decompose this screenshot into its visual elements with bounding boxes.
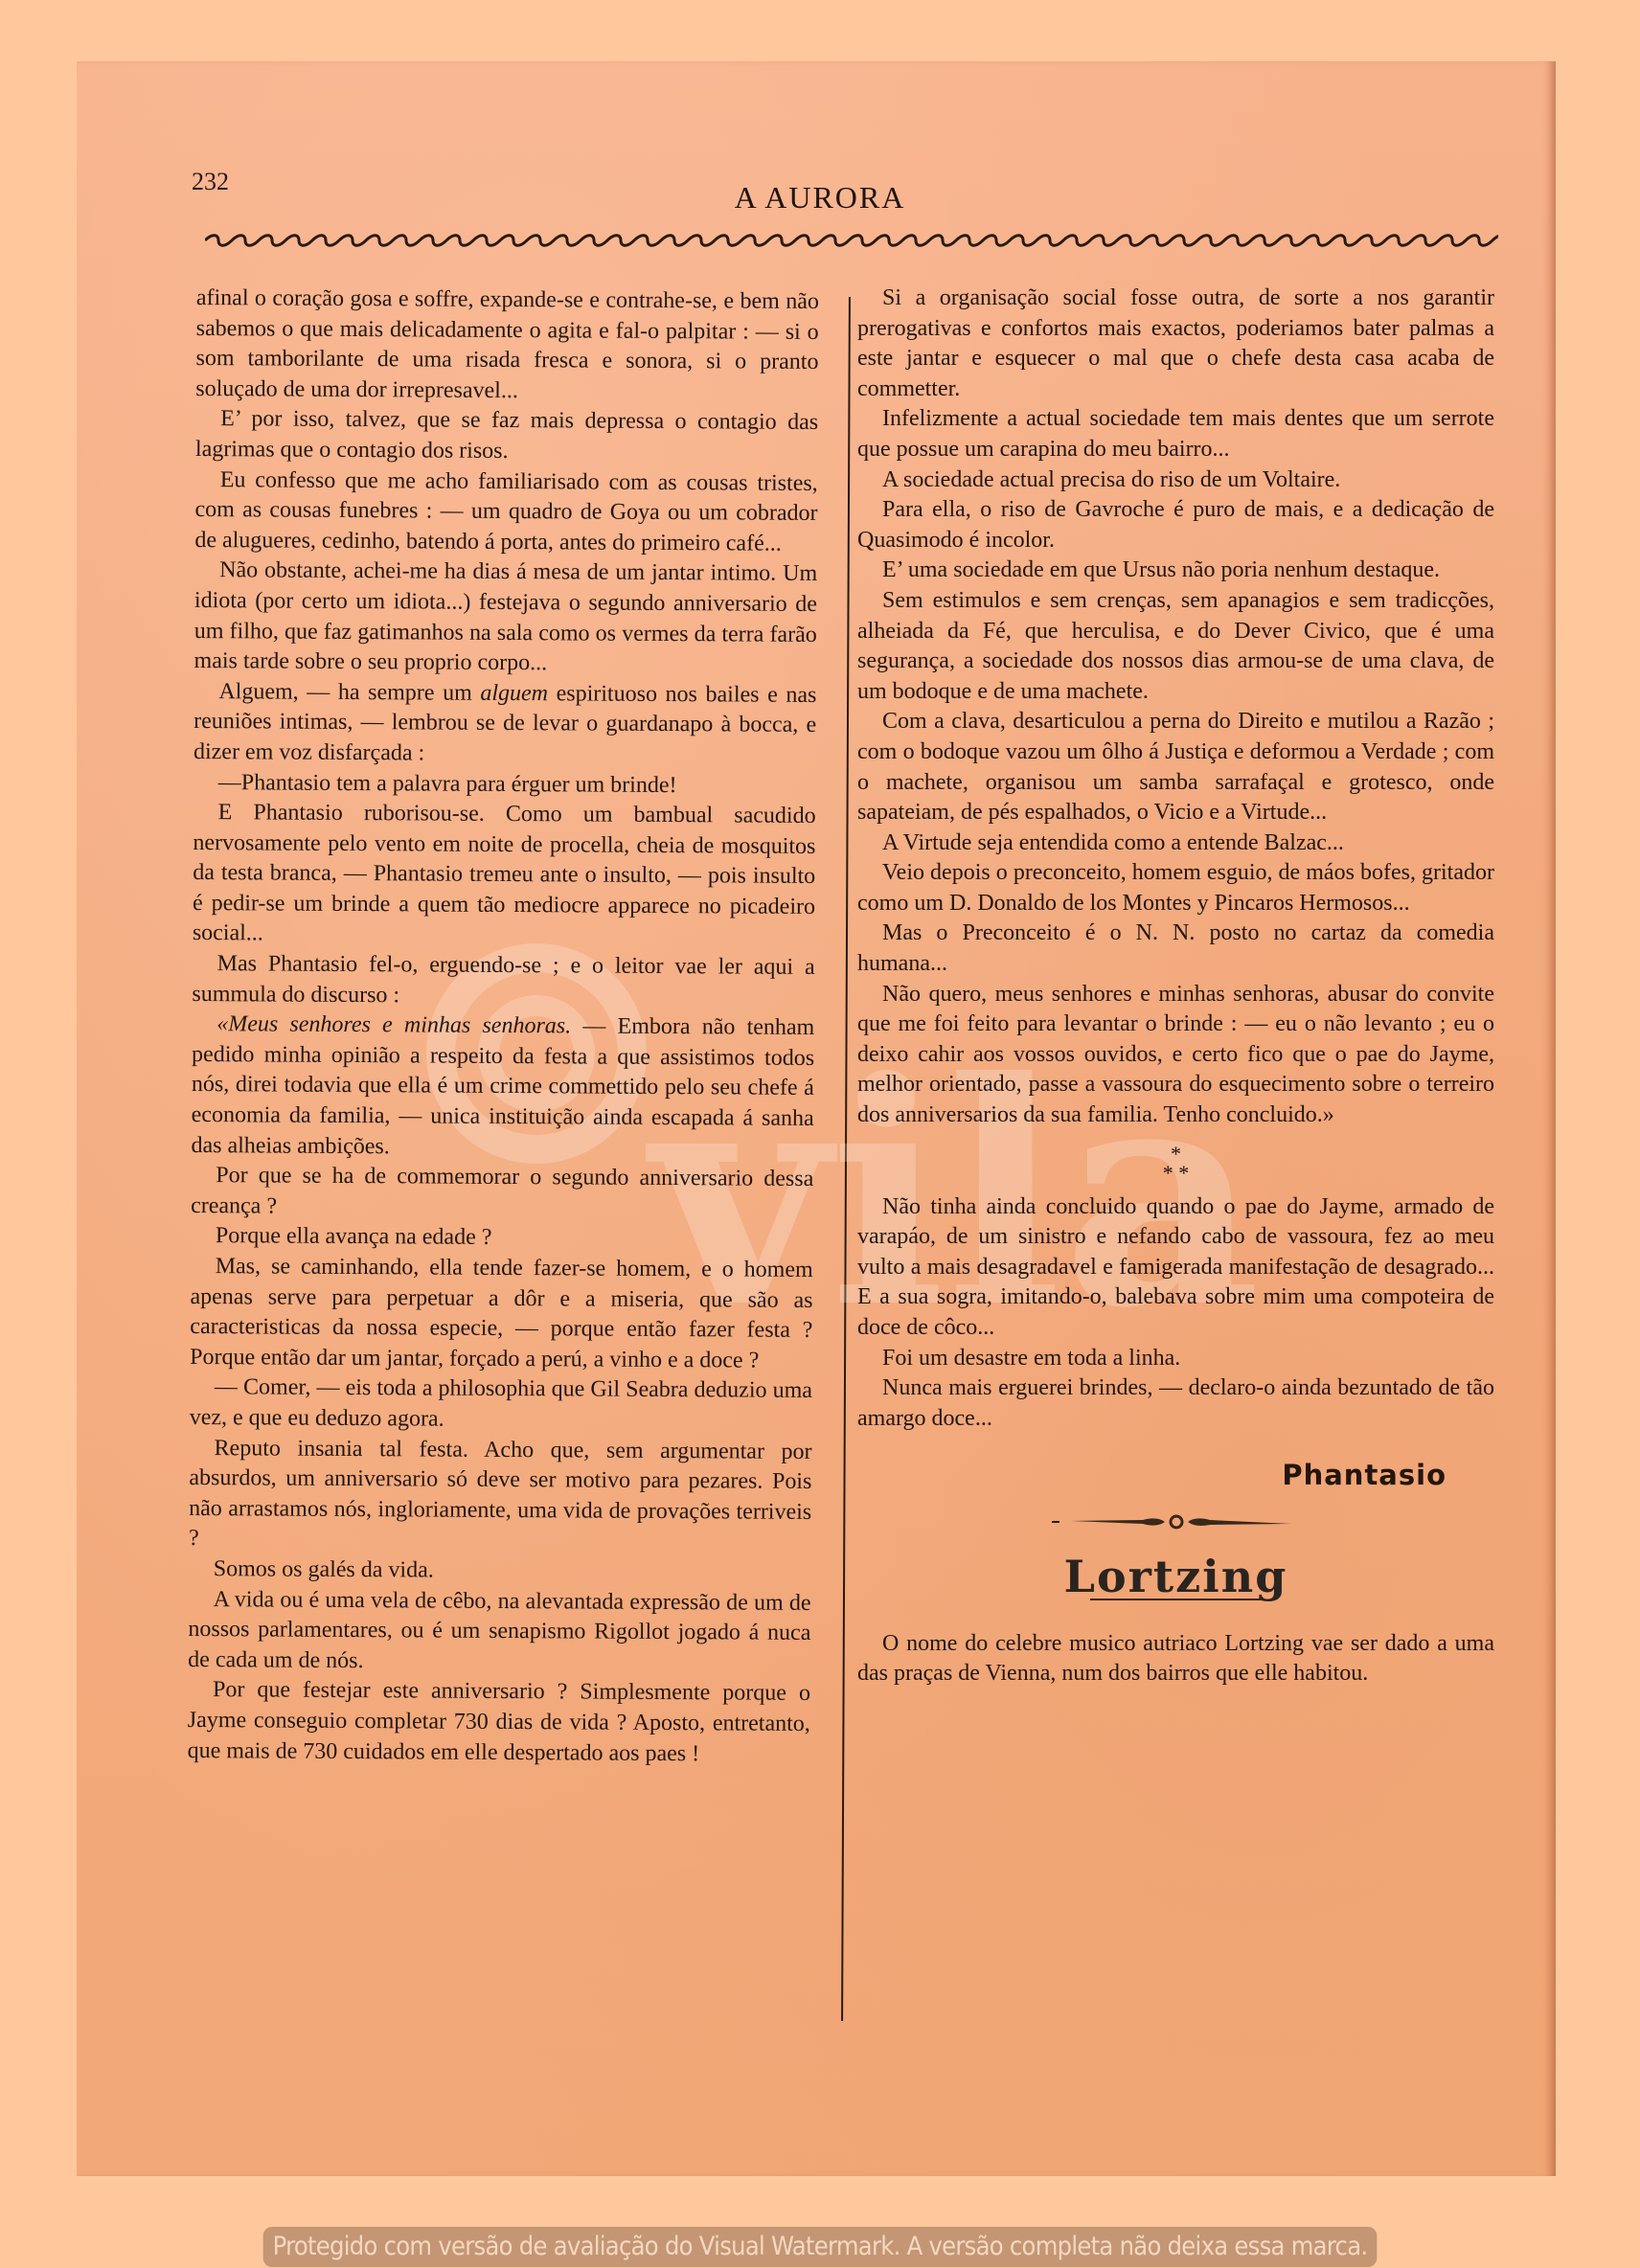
right-column: Si a organisação social fosse outra, de … bbox=[857, 283, 1494, 1690]
paragraph: Veio depois o preconceito, homem esguio,… bbox=[857, 858, 1494, 919]
trial-watermark-banner: Protegido com versão de avaliação do Vis… bbox=[263, 2227, 1378, 2267]
paragraph: Porque ella avança na edade ? bbox=[191, 1221, 813, 1256]
paragraph: A sociedade actual precisa do riso de um… bbox=[857, 465, 1494, 496]
paragraph: —Phantasio tem a palavra para érguer um … bbox=[194, 767, 816, 802]
paragraph: Mas Phantasio fel-o, erguendo-se ; e o l… bbox=[192, 949, 814, 1013]
paragraph: Somos os galés da vida. bbox=[189, 1554, 811, 1589]
paragraph: Foi um desastre em toda a linha. bbox=[857, 1344, 1494, 1374]
running-title: A AURORA bbox=[0, 180, 1640, 215]
paragraph: Alguem, — ha sempre um alguem espirituos… bbox=[194, 677, 817, 772]
paragraph: afinal o coração gosa e soffre, expande-… bbox=[195, 283, 819, 408]
paragraph: «Meus senhores e minhas senhoras. — Embo… bbox=[191, 1009, 814, 1165]
paragraph: Por que festejar este anniversario ? Sim… bbox=[188, 1675, 811, 1770]
paragraph: Nunca mais erguerei brindes, — declaro-o… bbox=[857, 1373, 1494, 1434]
paragraph: Infelizmente a actual sociedade tem mais… bbox=[857, 404, 1494, 465]
paragraph: A vida ou é uma vela de cêbo, na alevant… bbox=[188, 1585, 811, 1680]
asterism-section-break: * * * bbox=[857, 1145, 1494, 1183]
paragraph: Não obstante, achei-me ha dias á mesa de… bbox=[194, 556, 817, 680]
paragraph: Não tinha ainda concluido quando o pae d… bbox=[857, 1192, 1494, 1344]
paragraph: A Virtude seja entendida como a entende … bbox=[857, 828, 1494, 859]
paragraph: O nome do celebre musico autriaco Lortzi… bbox=[857, 1629, 1494, 1690]
author-signature: Phantasio bbox=[857, 1461, 1446, 1491]
decorative-wave-rule bbox=[205, 226, 1498, 255]
paragraph: Para ella, o riso de Gavroche é puro de … bbox=[857, 495, 1494, 556]
paragraph: Com a clava, desarticulou a perna do Dir… bbox=[857, 707, 1494, 828]
paragraph: — Comer, — eis toda a philosophia que Gi… bbox=[190, 1372, 812, 1437]
paragraph: Por que se ha de commemorar o segundo an… bbox=[191, 1161, 813, 1225]
paragraph: Mas, se caminhando, ella tende fazer-se … bbox=[190, 1252, 813, 1376]
article-title: Lortzing bbox=[857, 1562, 1494, 1593]
paragraph: E’ por isso, talvez, que se faz mais dep… bbox=[195, 404, 818, 468]
paragraph: Reputo insania tal festa. Acho que, sem … bbox=[189, 1434, 812, 1558]
paragraph: Eu confesso que me acho familiarisado co… bbox=[194, 465, 818, 560]
paragraph: E’ uma sociedade em que Ursus não poria … bbox=[857, 556, 1494, 586]
ornamental-divider-icon bbox=[1052, 1510, 1301, 1533]
paragraph: Não quero, meus senhores e minhas senhor… bbox=[857, 980, 1494, 1131]
paragraph: E Phantasio ruborisou-se. Como um bambua… bbox=[193, 798, 816, 953]
paragraph: Si a organisação social fosse outra, de … bbox=[857, 283, 1494, 404]
asterism-bottom: * * bbox=[857, 1164, 1494, 1183]
paragraph: Sem estimulos e sem crenças, sem apanagi… bbox=[857, 586, 1494, 707]
left-column: afinal o coração gosa e soffre, expande-… bbox=[188, 283, 819, 1770]
paragraph: Mas o Preconceito é o N. N. posto no car… bbox=[857, 919, 1494, 979]
